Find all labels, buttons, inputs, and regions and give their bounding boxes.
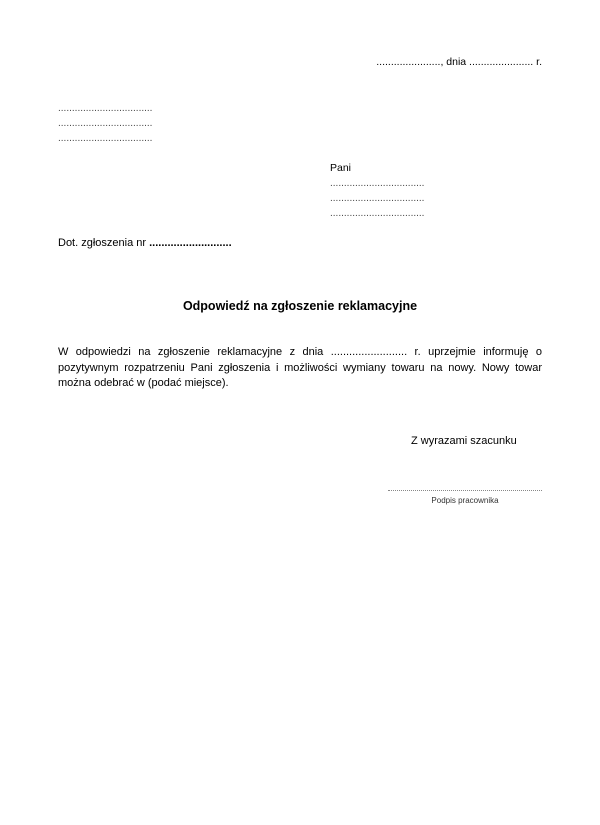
recipient-line: .................................. (330, 176, 424, 191)
reference-line: Dot. zgłoszenia nr .....................… (58, 237, 232, 249)
date-line: ......................, dnia ...........… (376, 56, 542, 68)
date-label: , dnia (440, 56, 466, 68)
sender-line: .................................. (58, 116, 152, 131)
sender-line: .................................. (58, 131, 152, 146)
document-title: Odpowiedź na zgłoszenie reklamacyjne (0, 299, 600, 313)
signature-line (388, 490, 542, 491)
closing-phrase: Z wyrazami szacunku (411, 435, 517, 447)
sender-block: .................................. .....… (58, 101, 152, 146)
reference-label: Dot. zgłoszenia nr (58, 237, 146, 249)
recipient-salutation: Pani (330, 161, 424, 176)
date-suffix: r. (536, 56, 542, 68)
reference-value: ........................... (149, 237, 232, 249)
recipient-line: .................................. (330, 191, 424, 206)
recipient-block: Pani .................................. … (330, 161, 424, 221)
sender-line: .................................. (58, 101, 152, 116)
body-paragraph: W odpowiedzi na zgłoszenie reklamacyjne … (58, 345, 542, 392)
date-placeholder: ...................... (469, 56, 533, 68)
place-placeholder: ...................... (376, 56, 440, 68)
signature-label: Podpis pracownika (388, 496, 542, 505)
recipient-line: .................................. (330, 206, 424, 221)
